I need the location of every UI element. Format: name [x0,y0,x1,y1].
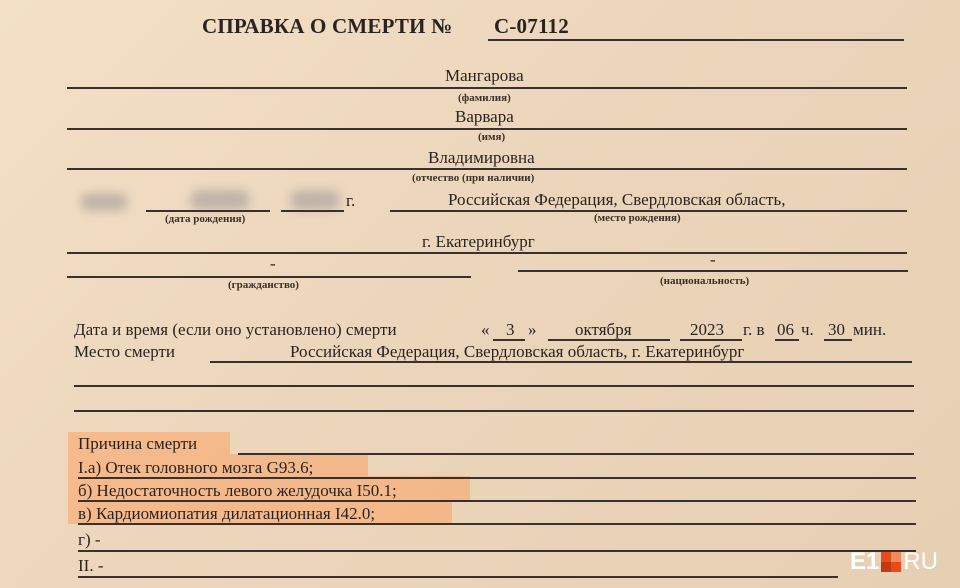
birth-year-line [281,210,344,212]
nationality-value: - [710,250,716,270]
redacted-month [190,190,250,210]
month-line [548,339,670,341]
death-place-value: Российская Федерация, Свердловская облас… [290,342,744,362]
cause-line [78,550,916,552]
surname-line [67,87,907,89]
death-year: 2023 [690,320,724,340]
cause-item: г) - [78,530,101,550]
day-line [493,339,525,341]
birth-date-label: (дата рождения) [165,213,245,225]
death-day: 3 [506,320,515,340]
death-month: октября [575,320,632,340]
cause-item: в) Кардиомиопатия дилатационная I42.0; [78,504,375,524]
cause-line [78,500,916,502]
hour-line [775,339,799,341]
year-suffix: г. в [743,320,765,340]
cause-item: I.а) Отек головного мозга G93.6; [78,458,313,478]
certificate-number: С-07112 [494,14,569,39]
cause-item: II. - [78,556,103,576]
blank-line-1 [74,385,914,387]
logo-square-icon [881,552,901,572]
nationality-label: (национальность) [660,275,749,287]
logo-domain: RU [903,548,938,576]
year-line [680,339,742,341]
surname-value: Мангарова [445,66,524,86]
birth-place-label: (место рождения) [594,212,681,224]
minute-line [824,339,852,341]
birth-year-suffix: г. [346,191,355,211]
blank-line-2 [74,410,914,412]
birth-place-city: г. Екатеринбург [422,232,535,252]
cause-line [78,523,916,525]
birth-place-line2 [67,252,907,254]
quote-open: « [481,320,490,340]
birth-date-line [146,210,270,212]
patronymic-value: Владимировна [428,148,535,168]
cause-label: Причина смерти [78,434,197,454]
cause-line [238,453,914,455]
minute-suffix: мин. [853,320,886,340]
death-datetime-label: Дата и время (если оно установлено) смер… [74,320,397,340]
redacted-day [80,193,128,211]
patronymic-line [67,168,907,170]
redacted-year [290,190,340,210]
citizenship-value: - [270,254,276,274]
name-line [67,128,907,130]
e1-logo: E1 RU [850,548,938,576]
cause-line [78,576,838,578]
death-hour: 06 [777,320,794,340]
cause-line [78,477,916,479]
birth-place-value: Российская Федерация, Свердловская облас… [448,190,785,210]
name-label: (имя) [478,131,505,143]
cause-item: б) Недостаточность левого желудочка I50.… [78,481,397,501]
number-underline [488,39,904,41]
name-value: Варвара [455,107,514,127]
nationality-line [518,270,908,272]
surname-label: (фамилия) [458,92,511,104]
logo-brand: E1 [850,548,879,576]
death-place-line [210,361,912,363]
death-place-label: Место смерти [74,342,175,362]
hour-suffix: ч. [801,320,814,340]
death-minute: 30 [828,320,845,340]
quote-close: » [528,320,537,340]
citizenship-label: (гражданство) [228,279,299,291]
citizenship-line [67,276,471,278]
patronymic-label: (отчество (при наличии) [412,172,534,184]
document-title: СПРАВКА О СМЕРТИ № [202,14,452,39]
